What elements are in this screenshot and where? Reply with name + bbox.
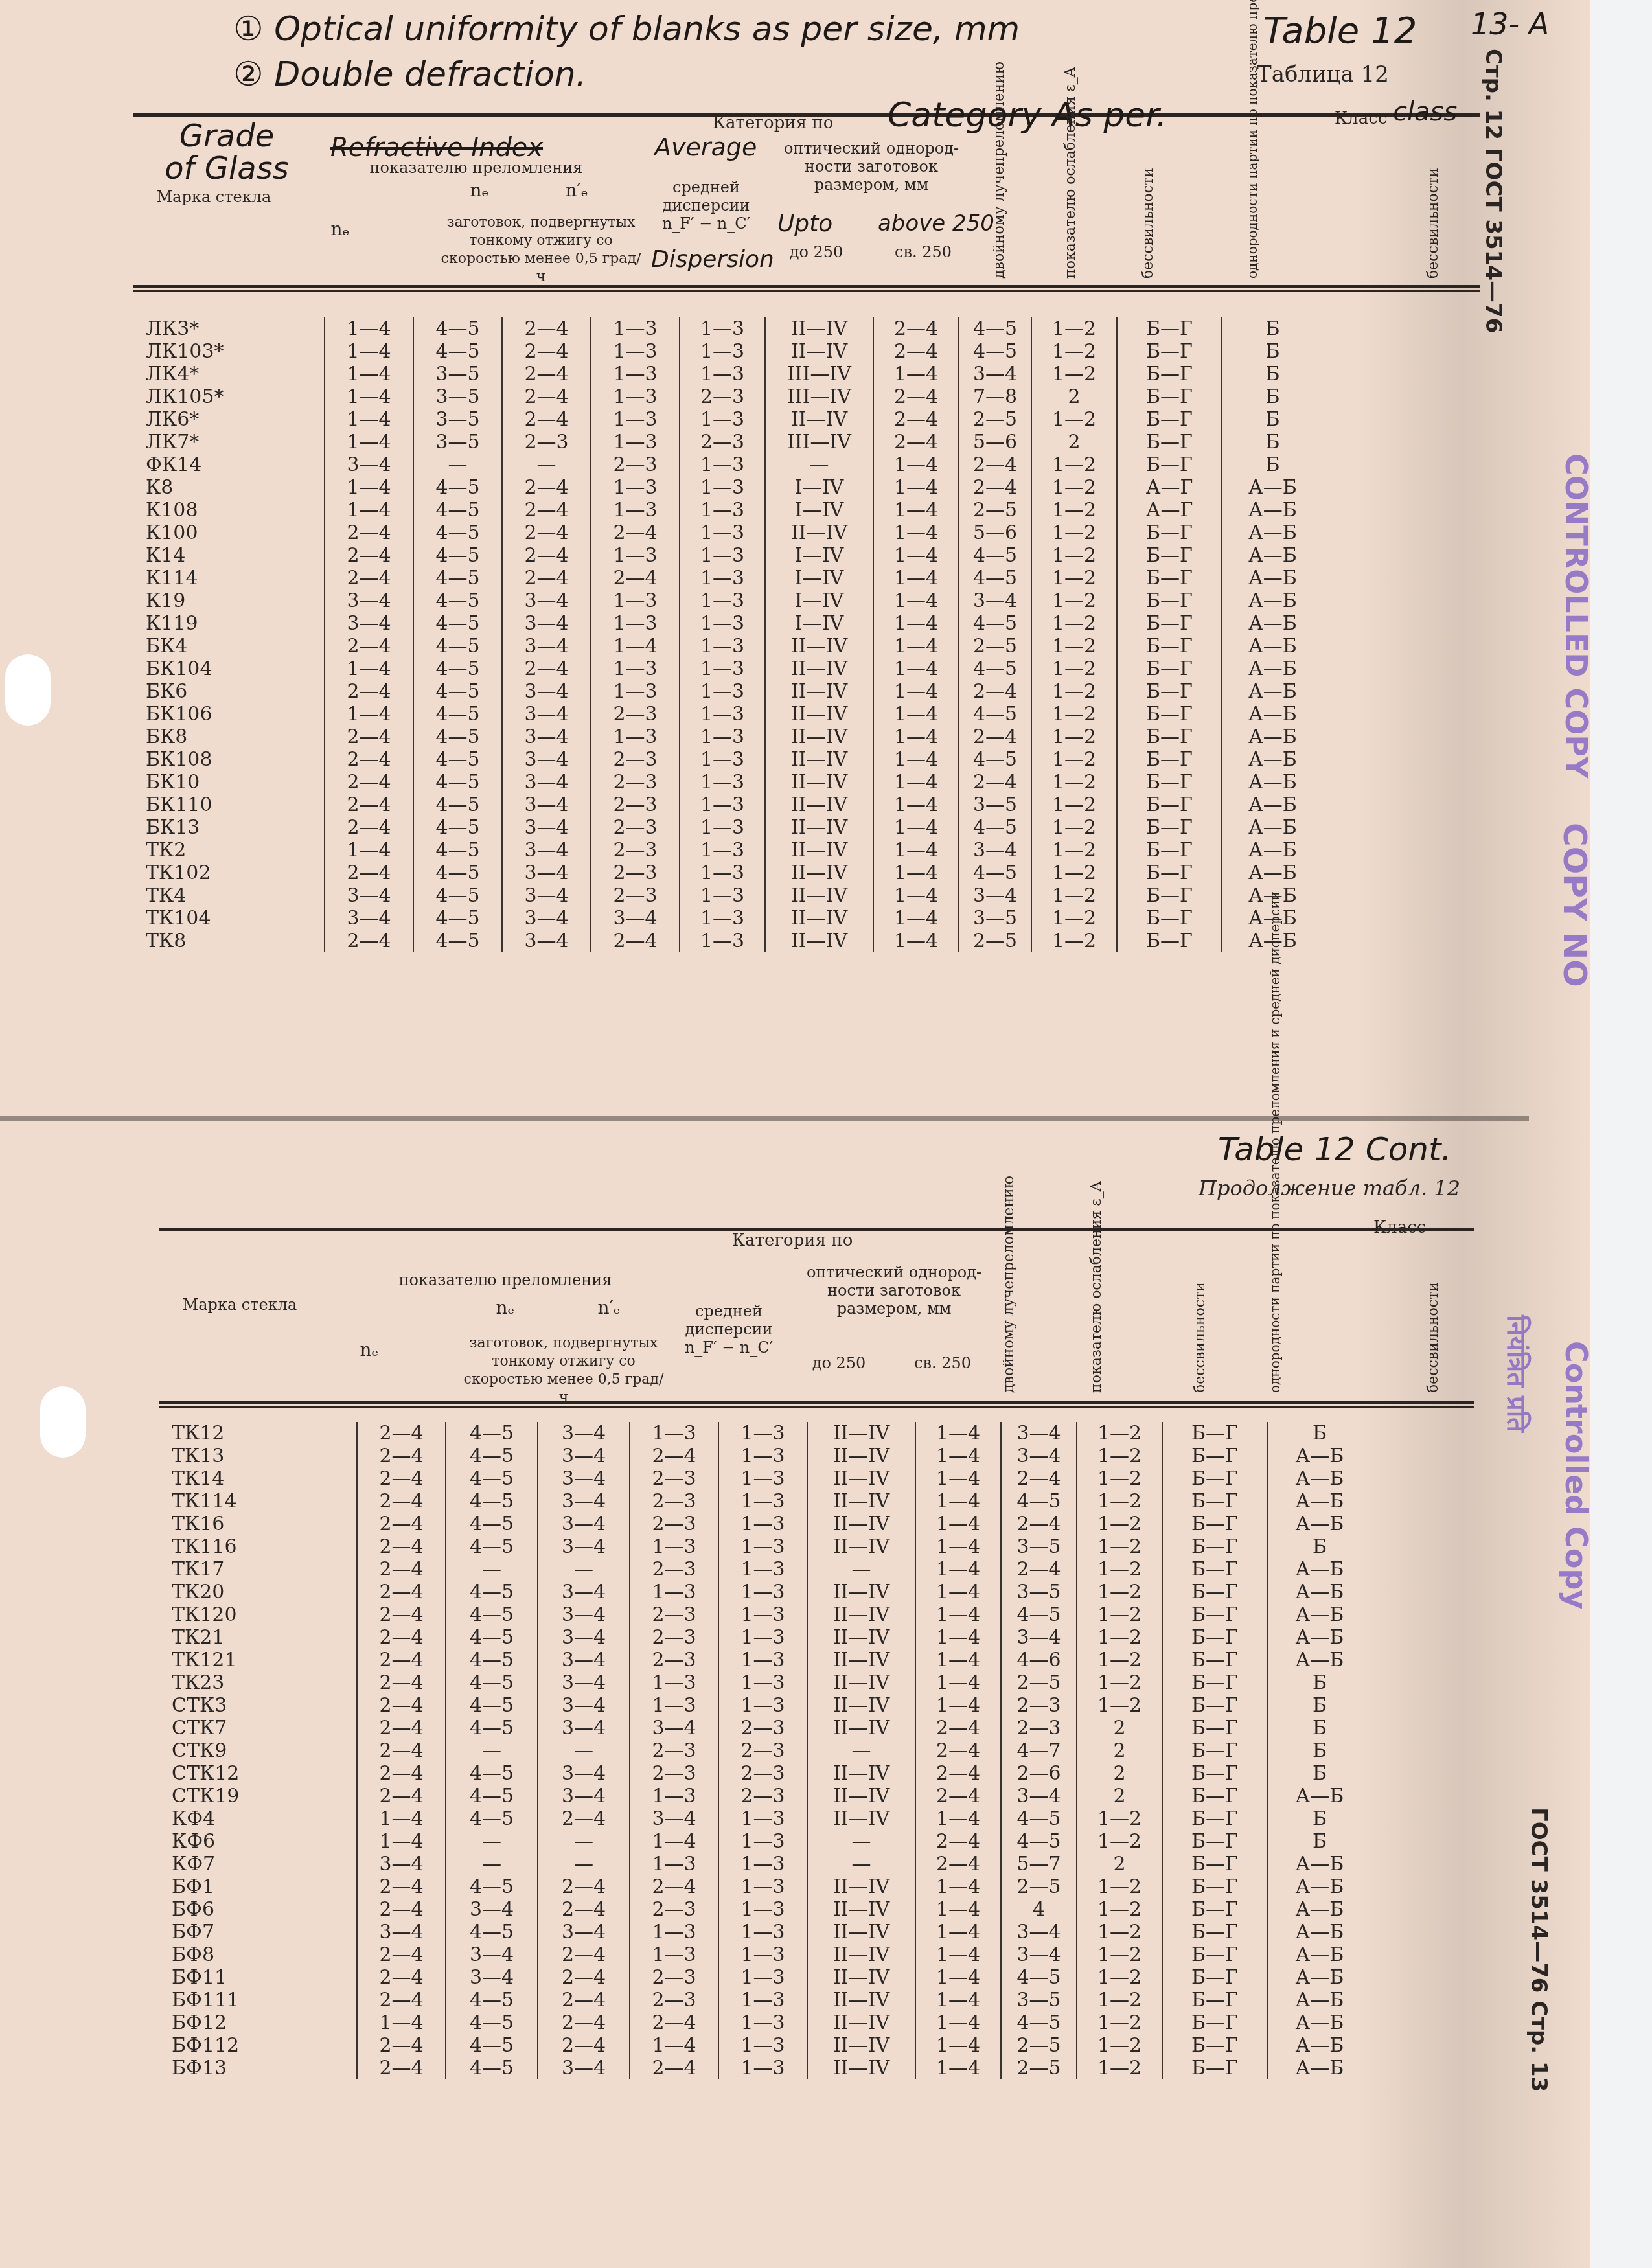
cell-class-bubbles: Б <box>1222 363 1323 385</box>
cell-optical-above-250: II—IV <box>807 1785 915 1807</box>
cell-birefringence: 1—4 <box>873 453 959 476</box>
cell-ne-annealed: 4—5 <box>413 930 502 952</box>
table-row: КФ61—4——1—41—3—2—44—51—2Б—ГБ <box>159 1830 1371 1853</box>
cell-optical-above-250: II—IV <box>765 771 873 794</box>
annealed-note: заготовок, подвергну­тых тонкому отжигу … <box>441 214 641 286</box>
cell-dispersion: 1—3 <box>591 340 680 363</box>
cell-grade: БК108 <box>133 748 325 771</box>
cell-grade: ЛК4* <box>133 363 325 385</box>
cell-ne-annealed: 4—5 <box>446 1875 538 1898</box>
cell-ne-annealed: — <box>446 1853 538 1875</box>
cell-optical-upto-250: 1—3 <box>718 1989 807 2011</box>
cell-ne-prime: 3—4 <box>538 2057 630 2079</box>
page-fold <box>0 1116 1529 1121</box>
cell-attenuation: 3—5 <box>959 794 1031 816</box>
cell-class-bubbles: А—Б <box>1267 1875 1371 1898</box>
cell-dispersion: 1—3 <box>591 499 680 521</box>
category-header: Категория по <box>713 113 833 133</box>
cell-ne-prime: — <box>502 453 591 476</box>
cell-ne-annealed: — <box>446 1558 538 1581</box>
cell-grade: ТК114 <box>159 1490 357 1513</box>
cell-class-uniformity: Б—Г <box>1162 1966 1267 1989</box>
cell-attenuation: 2—4 <box>959 680 1031 703</box>
table-row: БФ12—44—52—42—41—3II—IV1—42—51—2Б—ГА—Б <box>159 1875 1371 1898</box>
cell-dispersion: 1—3 <box>591 590 680 612</box>
cell-class-uniformity: Б—Г <box>1162 1739 1267 1762</box>
cell-birefringence: 1—4 <box>915 1671 1001 1694</box>
cell-dispersion: 1—3 <box>630 1785 718 1807</box>
cell-dispersion: 1—3 <box>591 726 680 748</box>
cell-grade: БК8 <box>133 726 325 748</box>
cell-attenuation: 3—4 <box>1001 1626 1077 1649</box>
cell-ne: 1—4 <box>325 658 413 680</box>
t2-attenuation-header: показателю ослабления ε_A <box>1088 1181 1105 1393</box>
cell-class-bubbles: А—Б <box>1267 1989 1371 2011</box>
cell-ne-annealed: 4—5 <box>446 1989 538 2011</box>
cell-class-bubbles: А—Б <box>1267 2034 1371 2057</box>
controlled-copy-stamp-bottom: Controlled Copy <box>1559 1341 1594 1609</box>
table-row: ЛК105*1—43—52—41—32—3III—IV2—47—82Б—ГБ <box>133 385 1323 408</box>
cell-class-bubbles: А—Б <box>1267 1581 1371 1603</box>
cell-optical-above-250: I—IV <box>765 544 873 567</box>
cell-optical-above-250: II—IV <box>765 839 873 862</box>
cell-birefringence: 1—4 <box>873 680 959 703</box>
cell-attenuation: 3—4 <box>959 884 1031 907</box>
cell-class-bubbles: А—Б <box>1222 476 1323 499</box>
cell-bubbles: 1—2 <box>1077 1966 1162 1989</box>
cell-birefringence: 1—4 <box>873 839 959 862</box>
cell-bubbles: 1—2 <box>1031 567 1117 590</box>
cell-grade: К108 <box>133 499 325 521</box>
cell-attenuation: 5—6 <box>959 431 1031 453</box>
cell-attenuation: 3—5 <box>1001 1989 1077 2011</box>
cell-birefringence: 1—4 <box>873 907 959 930</box>
cell-attenuation: 4 <box>1001 1898 1077 1921</box>
cell-ne-annealed: 4—5 <box>446 1445 538 1467</box>
table-row: БФ112—43—42—42—31—3II—IV1—44—51—2Б—ГА—Б <box>159 1966 1371 1989</box>
cell-bubbles: 1—2 <box>1031 794 1117 816</box>
cell-birefringence: 1—4 <box>915 1966 1001 1989</box>
table-row: СТК72—44—53—43—42—3II—IV2—42—32Б—ГБ <box>159 1717 1371 1739</box>
cell-ne-prime: 2—4 <box>538 1875 630 1898</box>
cell-optical-upto-250: 2—3 <box>680 385 765 408</box>
cell-bubbles: 2 <box>1077 1762 1162 1785</box>
cell-optical-upto-250: 1—3 <box>680 567 765 590</box>
cell-class-bubbles: Б <box>1222 340 1323 363</box>
attenuation-header: показателю ослабления ε_A <box>1062 67 1079 279</box>
cell-class-uniformity: Б—Г <box>1162 1989 1267 2011</box>
cell-ne-annealed: 3—5 <box>413 363 502 385</box>
cell-birefringence: 1—4 <box>873 726 959 748</box>
t2-birefringence-header: двойному лучепреломлению <box>1001 1176 1018 1393</box>
cell-class-uniformity: Б—Г <box>1162 1671 1267 1694</box>
cell-optical-upto-250: 1—3 <box>718 2034 807 2057</box>
cell-optical-above-250: II—IV <box>807 1989 915 2011</box>
table-row: ФК143—4——2—31—3—1—42—41—2Б—ГБ <box>133 453 1323 476</box>
cell-grade: К100 <box>133 521 325 544</box>
cell-optical-upto-250: 1—3 <box>680 839 765 862</box>
cell-optical-upto-250: 1—3 <box>680 748 765 771</box>
cell-optical-upto-250: 1—3 <box>718 1649 807 1671</box>
cell-grade: ЛК7* <box>133 431 325 453</box>
t2-class-bubbles-header: бессвильности <box>1425 1282 1442 1393</box>
cell-dispersion: 2—4 <box>630 1445 718 1467</box>
cell-ne: 3—4 <box>325 884 413 907</box>
cell-birefringence: 2—4 <box>873 317 959 340</box>
cell-optical-upto-250: 1—3 <box>718 1603 807 1626</box>
cell-birefringence: 1—4 <box>915 2057 1001 2079</box>
cell-ne: 2—4 <box>357 1535 446 1558</box>
cell-optical-upto-250: 1—3 <box>680 476 765 499</box>
cell-grade: БФ112 <box>159 2034 357 2057</box>
cell-ne-prime: — <box>538 1558 630 1581</box>
cell-class-bubbles: А—Б <box>1267 1649 1371 1671</box>
cell-grade: СТК12 <box>159 1762 357 1785</box>
cell-bubbles: 1—2 <box>1031 658 1117 680</box>
cell-ne: 2—4 <box>357 1558 446 1581</box>
cell-attenuation: 2—5 <box>959 408 1031 431</box>
above-header: св. 250 <box>871 243 975 261</box>
table-row: ТК43—44—53—42—31—3II—IV1—43—41—2Б—ГА—Б <box>133 884 1323 907</box>
cell-ne-prime: 2—4 <box>502 363 591 385</box>
cell-attenuation: 3—5 <box>1001 1535 1077 1558</box>
cell-ne: 2—4 <box>325 748 413 771</box>
cell-bubbles: 1—2 <box>1077 1921 1162 1943</box>
cell-dispersion: 1—3 <box>591 612 680 635</box>
cell-class-uniformity: Б—Г <box>1117 907 1222 930</box>
cell-optical-upto-250: 1—3 <box>718 1671 807 1694</box>
cell-dispersion: 2—3 <box>630 1898 718 1921</box>
cell-ne-prime: 3—4 <box>538 1762 630 1785</box>
cell-bubbles: 1—2 <box>1031 930 1117 952</box>
cell-ne-prime: 2—4 <box>538 2011 630 2034</box>
cell-attenuation: 2—5 <box>959 499 1031 521</box>
cell-dispersion: 1—3 <box>630 1422 718 1445</box>
cell-bubbles: 1—2 <box>1031 907 1117 930</box>
cell-ne-annealed: 3—5 <box>413 431 502 453</box>
table-row: КФ73—4——1—31—3—2—45—72Б—ГА—Б <box>159 1853 1371 1875</box>
cell-class-uniformity: Б—Г <box>1117 839 1222 862</box>
cell-optical-above-250: II—IV <box>807 1467 915 1490</box>
cell-grade: ТК16 <box>159 1513 357 1535</box>
cell-class-uniformity: Б—Г <box>1117 567 1222 590</box>
cell-class-uniformity: Б—Г <box>1162 1513 1267 1535</box>
cell-optical-above-250: II—IV <box>765 317 873 340</box>
cell-birefringence: 1—4 <box>915 1445 1001 1467</box>
cell-bubbles: 1—2 <box>1077 1558 1162 1581</box>
cell-bubbles: 1—2 <box>1031 612 1117 635</box>
table-row: ЛК4*1—43—52—41—31—3III—IV1—43—41—2Б—ГБ <box>133 363 1323 385</box>
cell-ne: 2—4 <box>325 816 413 839</box>
cell-class-uniformity: Б—Г <box>1162 2034 1267 2057</box>
t2-ne-header: nₑ <box>350 1341 389 1359</box>
cell-class-uniformity: Б—Г <box>1117 521 1222 544</box>
table-row: СТК192—44—53—41—32—3II—IV2—43—42Б—ГА—Б <box>159 1785 1371 1807</box>
cell-optical-upto-250: 1—3 <box>680 340 765 363</box>
table-row: СТК122—44—53—42—32—3II—IV2—42—62Б—ГБ <box>159 1762 1371 1785</box>
t2-class-header: Класс <box>1373 1218 1426 1237</box>
cell-class-uniformity: Б—Г <box>1162 2057 1267 2079</box>
cell-class-uniformity: Б—Г <box>1162 1875 1267 1898</box>
cell-class-uniformity: А—Г <box>1117 476 1222 499</box>
table-row: БК102—44—53—42—31—3II—IV1—42—41—2Б—ГА—Б <box>133 771 1323 794</box>
cell-ne-prime: 3—4 <box>538 1785 630 1807</box>
cell-bubbles: 1—2 <box>1031 726 1117 748</box>
cell-birefringence: 1—4 <box>915 2034 1001 2057</box>
cell-ne-prime: 3—4 <box>502 907 591 930</box>
table-row: БФ132—44—53—42—41—3II—IV1—42—51—2Б—ГА—Б <box>159 2057 1371 2079</box>
cell-bubbles: 1—2 <box>1031 680 1117 703</box>
cell-class-uniformity: Б—Г <box>1162 1649 1267 1671</box>
cell-bubbles: 1—2 <box>1031 544 1117 567</box>
cell-dispersion: 2—4 <box>630 1875 718 1898</box>
table-row: ТК202—44—53—41—31—3II—IV1—43—51—2Б—ГА—Б <box>159 1581 1371 1603</box>
cell-ne: 2—4 <box>357 1513 446 1535</box>
cell-ne: 1—4 <box>325 703 413 726</box>
cell-ne-annealed: 4—5 <box>446 1921 538 1943</box>
cell-attenuation: 4—5 <box>1001 2011 1077 2034</box>
cell-grade: ТК121 <box>159 1649 357 1671</box>
cell-class-bubbles: А—Б <box>1267 1467 1371 1490</box>
cell-ne: 2—4 <box>357 1785 446 1807</box>
cell-ne-annealed: 4—5 <box>413 771 502 794</box>
cell-birefringence: 1—4 <box>873 884 959 907</box>
table1-body: ЛК3*1—44—52—41—31—3II—IV2—44—51—2Б—ГБЛК1… <box>133 317 1323 952</box>
cell-birefringence: 2—4 <box>873 385 959 408</box>
cell-ne-annealed: 4—5 <box>446 2057 538 2079</box>
cell-ne: 3—4 <box>325 453 413 476</box>
cell-ne-annealed: 4—5 <box>413 567 502 590</box>
cell-ne-prime: 2—4 <box>502 544 591 567</box>
cell-grade: КФ4 <box>159 1807 357 1830</box>
cell-class-bubbles: Б <box>1222 431 1323 453</box>
cell-birefringence: 1—4 <box>915 1513 1001 1535</box>
cell-attenuation: 4—5 <box>1001 1603 1077 1626</box>
cell-class-uniformity: Б—Г <box>1162 1853 1267 1875</box>
cell-ne: 2—4 <box>357 1898 446 1921</box>
cell-optical-above-250: II—IV <box>765 794 873 816</box>
cell-grade: ТК2 <box>133 839 325 862</box>
cell-dispersion: 2—3 <box>630 1649 718 1671</box>
cell-bubbles: 1—2 <box>1077 1671 1162 1694</box>
table2-title: Продолжение табл. 12 <box>1199 1176 1460 1200</box>
cell-optical-above-250: II—IV <box>807 1626 915 1649</box>
table-row: ТК1142—44—53—42—31—3II—IV1—44—51—2Б—ГА—Б <box>159 1490 1371 1513</box>
cell-ne-annealed: 4—5 <box>413 884 502 907</box>
class-header: Класс <box>1335 109 1387 128</box>
cell-bubbles: 1—2 <box>1077 1898 1162 1921</box>
cell-ne: 3—4 <box>325 612 413 635</box>
cell-optical-above-250: II—IV <box>807 2011 915 2034</box>
controlled-copy-stamp: CONTROLLED COPY <box>1559 453 1594 778</box>
cell-optical-above-250: II—IV <box>807 1762 915 1785</box>
cell-class-bubbles: А—Б <box>1222 726 1323 748</box>
cell-grade: БК106 <box>133 703 325 726</box>
cell-grade: ТК14 <box>159 1467 357 1490</box>
cell-class-bubbles: А—Б <box>1222 703 1323 726</box>
cell-ne: 1—4 <box>325 431 413 453</box>
cell-optical-upto-250: 1—3 <box>680 521 765 544</box>
cell-optical-upto-250: 1—3 <box>680 907 765 930</box>
cell-grade: БФ1 <box>159 1875 357 1898</box>
cell-grade: К114 <box>133 567 325 590</box>
hindi-stamp: नियंत्रित प्रति <box>1500 1315 1535 1432</box>
cell-grade: ТК116 <box>159 1535 357 1558</box>
cell-birefringence: 1—4 <box>873 567 959 590</box>
cell-ne-prime: 2—4 <box>502 658 591 680</box>
cell-bubbles: 1—2 <box>1077 1830 1162 1853</box>
cell-optical-above-250: I—IV <box>765 476 873 499</box>
cell-grade: КФ6 <box>159 1830 357 1853</box>
cell-ne-prime: 3—4 <box>538 1603 630 1626</box>
cell-class-uniformity: Б—Г <box>1117 884 1222 907</box>
cell-birefringence: 1—4 <box>873 771 959 794</box>
cell-grade: СТК9 <box>159 1739 357 1762</box>
cell-attenuation: 2—4 <box>959 726 1031 748</box>
cell-class-uniformity: Б—Г <box>1162 1943 1267 1966</box>
cell-grade: БК110 <box>133 794 325 816</box>
cell-class-uniformity: Б—Г <box>1117 703 1222 726</box>
cell-birefringence: 1—4 <box>915 2011 1001 2034</box>
cell-optical-above-250: II—IV <box>765 521 873 544</box>
cell-attenuation: 2—4 <box>1001 1467 1077 1490</box>
cell-bubbles: 1—2 <box>1077 1422 1162 1445</box>
cell-class-uniformity: Б—Г <box>1117 794 1222 816</box>
cell-optical-above-250: II—IV <box>765 930 873 952</box>
cell-class-bubbles: Б <box>1267 1807 1371 1830</box>
cell-class-uniformity: Б—Г <box>1162 2011 1267 2034</box>
cell-class-bubbles: А—Б <box>1267 1966 1371 1989</box>
cell-ne: 2—4 <box>357 1966 446 1989</box>
above-header-en: above 250 <box>878 211 994 236</box>
cell-ne-prime: 2—4 <box>538 1966 630 1989</box>
cell-optical-upto-250: 1—3 <box>680 771 765 794</box>
cell-birefringence: 1—4 <box>873 816 959 839</box>
cell-grade: БФ13 <box>159 2057 357 2079</box>
table-row: ТК1162—44—53—41—31—3II—IV1—43—51—2Б—ГБ <box>159 1535 1371 1558</box>
cell-class-bubbles: А—Б <box>1267 1785 1371 1807</box>
cell-class-uniformity: Б—Г <box>1117 612 1222 635</box>
table-row: ТК1043—44—53—43—41—3II—IV1—43—51—2Б—ГА—Б <box>133 907 1323 930</box>
cell-class-uniformity: Б—Г <box>1162 1581 1267 1603</box>
cell-ne-prime: 3—4 <box>538 1535 630 1558</box>
cell-attenuation: 2—4 <box>959 476 1031 499</box>
cell-optical-above-250: II—IV <box>807 1943 915 1966</box>
table-row: ТК232—44—53—41—31—3II—IV1—42—51—2Б—ГБ <box>159 1671 1371 1694</box>
cell-birefringence: 2—4 <box>873 340 959 363</box>
t2-bubbles-header: бессвильности <box>1192 1282 1209 1393</box>
cell-optical-upto-250: 1—3 <box>680 453 765 476</box>
cell-dispersion: 2—3 <box>630 1739 718 1762</box>
cell-attenuation: 2—3 <box>1001 1717 1077 1739</box>
table-row: ТК1212—44—53—42—31—3II—IV1—44—61—2Б—ГА—Б <box>159 1649 1371 1671</box>
cell-attenuation: 4—5 <box>959 748 1031 771</box>
cell-class-bubbles: А—Б <box>1222 612 1323 635</box>
scanned-page: 13- A ① Optical uniformity of blanks as … <box>0 0 1590 2268</box>
cell-attenuation: 2—4 <box>959 771 1031 794</box>
grade-header: Марка стекла <box>155 188 272 206</box>
cell-bubbles: 1—2 <box>1031 340 1117 363</box>
cell-optical-upto-250: 1—3 <box>680 612 765 635</box>
cell-ne: 1—4 <box>325 340 413 363</box>
cell-class-bubbles: А—Б <box>1267 1445 1371 1467</box>
cell-ne-annealed: 4—5 <box>446 1490 538 1513</box>
cell-optical-upto-250: 1—3 <box>680 794 765 816</box>
table-row: ТК21—44—53—42—31—3II—IV1—43—41—2Б—ГА—Б <box>133 839 1323 862</box>
cell-optical-above-250: II—IV <box>765 726 873 748</box>
cell-bubbles: 1—2 <box>1077 2011 1162 2034</box>
cell-optical-upto-250: 1—3 <box>680 635 765 658</box>
cell-dispersion: 1—4 <box>630 1830 718 1853</box>
cell-optical-above-250: — <box>807 1558 915 1581</box>
cell-ne-prime: 3—4 <box>538 1490 630 1513</box>
cell-birefringence: 1—4 <box>915 1558 1001 1581</box>
cell-dispersion: 2—3 <box>630 1603 718 1626</box>
cell-optical-upto-250: 1—3 <box>680 726 765 748</box>
cell-ne-annealed: 4—5 <box>413 839 502 862</box>
cell-ne-annealed: 4—5 <box>413 658 502 680</box>
cell-class-uniformity: Б—Г <box>1162 1467 1267 1490</box>
cell-ne-prime: 2—4 <box>502 567 591 590</box>
cell-class-bubbles: А—Б <box>1267 1513 1371 1535</box>
cell-ne-prime: 2—4 <box>502 521 591 544</box>
cell-attenuation: 4—5 <box>959 816 1031 839</box>
cell-ne-prime: 3—4 <box>538 1513 630 1535</box>
cell-optical-upto-250: 1—3 <box>718 1807 807 1830</box>
cell-bubbles: 1—2 <box>1031 590 1117 612</box>
cell-ne-annealed: 4—5 <box>446 1671 538 1694</box>
cell-ne: 2—4 <box>325 521 413 544</box>
cell-class-uniformity: Б—Г <box>1117 431 1222 453</box>
cell-ne: 2—4 <box>357 1989 446 2011</box>
cell-class-uniformity: Б—Г <box>1162 1490 1267 1513</box>
class-header-en: class <box>1393 97 1457 127</box>
cell-ne-prime: 2—4 <box>502 340 591 363</box>
table-row: ТК1202—44—53—42—31—3II—IV1—44—51—2Б—ГА—Б <box>159 1603 1371 1626</box>
cell-class-uniformity: Б—Г <box>1117 771 1222 794</box>
cell-dispersion: 2—4 <box>591 930 680 952</box>
cell-class-bubbles: А—Б <box>1267 1921 1371 1943</box>
cell-ne-prime: 2—4 <box>538 1989 630 2011</box>
cell-grade: К14 <box>133 544 325 567</box>
cell-attenuation: 5—6 <box>959 521 1031 544</box>
cell-attenuation: 3—4 <box>1001 1943 1077 1966</box>
cell-optical-upto-250: 1—3 <box>680 590 765 612</box>
cell-optical-upto-250: 1—3 <box>680 499 765 521</box>
cell-class-uniformity: Б—Г <box>1162 1694 1267 1717</box>
cell-grade: БФ11 <box>159 1966 357 1989</box>
cell-bubbles: 1—2 <box>1031 771 1117 794</box>
cell-dispersion: 3—4 <box>591 907 680 930</box>
cell-ne-prime: 3—4 <box>502 703 591 726</box>
cell-attenuation: 3—5 <box>1001 1581 1077 1603</box>
cell-attenuation: 4—5 <box>959 862 1031 884</box>
cell-birefringence: 1—4 <box>915 1422 1001 1445</box>
refr-header: показателю преломления <box>311 159 641 177</box>
cell-optical-above-250: II—IV <box>807 1921 915 1943</box>
cell-bubbles: 1—2 <box>1031 453 1117 476</box>
cell-optical-above-250: II—IV <box>807 1807 915 1830</box>
table-row: К81—44—52—41—31—3I—IV1—42—41—2А—ГА—Б <box>133 476 1323 499</box>
cell-dispersion: 2—3 <box>591 884 680 907</box>
table-row: ЛК3*1—44—52—41—31—3II—IV2—44—51—2Б—ГБ <box>133 317 1323 340</box>
cell-optical-above-250: II—IV <box>807 1717 915 1739</box>
cell-ne: 2—4 <box>357 1694 446 1717</box>
cell-grade: БК104 <box>133 658 325 680</box>
table-row: БК42—44—53—41—41—3II—IV1—42—51—2Б—ГА—Б <box>133 635 1323 658</box>
table-row: К1142—44—52—42—41—3I—IV1—44—51—2Б—ГА—Б <box>133 567 1323 590</box>
table-row: СТК92—4——2—32—3—2—44—72Б—ГБ <box>159 1739 1371 1762</box>
